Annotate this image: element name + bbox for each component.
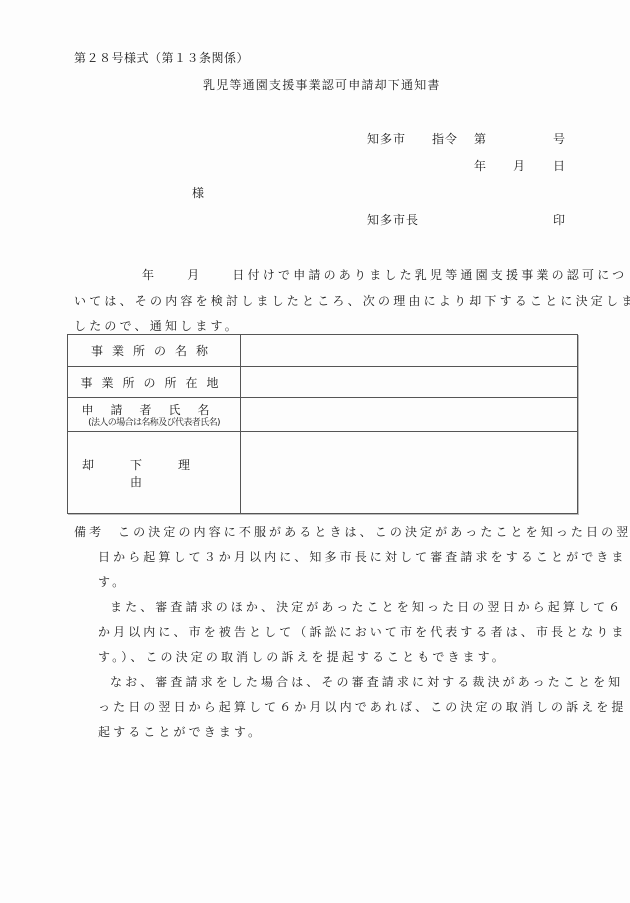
document-title: 乳児等通園支援事業認可申請却下通知書 <box>203 76 441 93</box>
remarks-line: か月以内に、市を被告として（訴訟において市を代表する者は、市長となりま <box>74 620 586 645</box>
body-line-1: 年月日付けで申請のありました乳児等通園支援事業の認可につ <box>74 263 584 289</box>
directive-label: 指令 <box>432 130 458 147</box>
remarks-line: す。）、この決定の取消しの訴えを提起することもできます。 <box>74 645 586 670</box>
remarks-line: 備考 この決定の内容に不服があるときは、この決定があったことを知った日の翌 <box>74 520 586 545</box>
issuer-city: 知多市 <box>367 130 406 147</box>
table-value-facility-address <box>241 367 578 398</box>
mayor-name: 知多市長 <box>367 211 419 228</box>
table-value-rejection-reason <box>241 432 578 514</box>
form-number: 第２８号様式（第１３条関係） <box>74 49 249 66</box>
table-value-applicant-name <box>241 398 578 432</box>
remarks-line: 日から起算して３か月以内に、知多市長に対して審査請求をすることができま <box>74 545 586 570</box>
table-row: 申請者氏名 (法人の場合は名称及び代表者氏名) <box>68 398 578 432</box>
table-label-facility-name: 事業所の名称 <box>68 335 241 367</box>
table-label-rejection-reason: 却下理由 <box>68 432 241 514</box>
table-label-applicant-name: 申請者氏名 (法人の場合は名称及び代表者氏名) <box>68 398 241 432</box>
number-suffix: 号 <box>553 130 565 147</box>
seal-mark: 印 <box>553 211 565 228</box>
remarks-line: 起することができます。 <box>74 720 586 745</box>
table-row: 却下理由 <box>68 432 578 514</box>
table-value-facility-name <box>241 335 578 367</box>
application-info-table: 事業所の名称 事業所の所在地 申請者氏名 (法人の場合は名称及び代表者氏名) 却… <box>67 334 578 514</box>
body-year: 年 <box>142 268 157 282</box>
remarks-line: す。 <box>74 570 586 595</box>
table-row: 事業所の所在地 <box>68 367 578 398</box>
remarks-section: 備考 この決定の内容に不服があるときは、この決定があったことを知った日の翌 日か… <box>74 520 586 745</box>
number-prefix: 第 <box>474 130 486 147</box>
notice-body: 年月日付けで申請のありました乳児等通園支援事業の認可につ いては、その内容を検討… <box>74 263 584 340</box>
remarks-line: った日の翌日から起算して６か月以内であれば、この決定の取消しの訴えを提 <box>74 695 586 720</box>
body-line-2: いては、その内容を検討しましたところ、次の理由により却下することに決定しま <box>74 289 584 315</box>
table-label-facility-address: 事業所の所在地 <box>68 367 241 398</box>
date-day-label: 日 <box>553 157 565 174</box>
remarks-heading: 備考 <box>74 525 104 539</box>
remarks-line: なお、審査請求をした場合は、その審査請求に対する裁決があったことを知 <box>74 670 586 695</box>
applicant-name-note: (法人の場合は名称及び代表者氏名) <box>68 418 240 429</box>
date-year-label: 年 <box>474 157 486 174</box>
table-row: 事業所の名称 <box>68 335 578 367</box>
remarks-line: また、審査請求のほか、決定があったことを知った日の翌日から起算して６ <box>74 595 586 620</box>
date-month-label: 月 <box>513 157 525 174</box>
addressee-suffix: 様 <box>192 184 204 201</box>
body-month: 月 <box>187 268 202 282</box>
